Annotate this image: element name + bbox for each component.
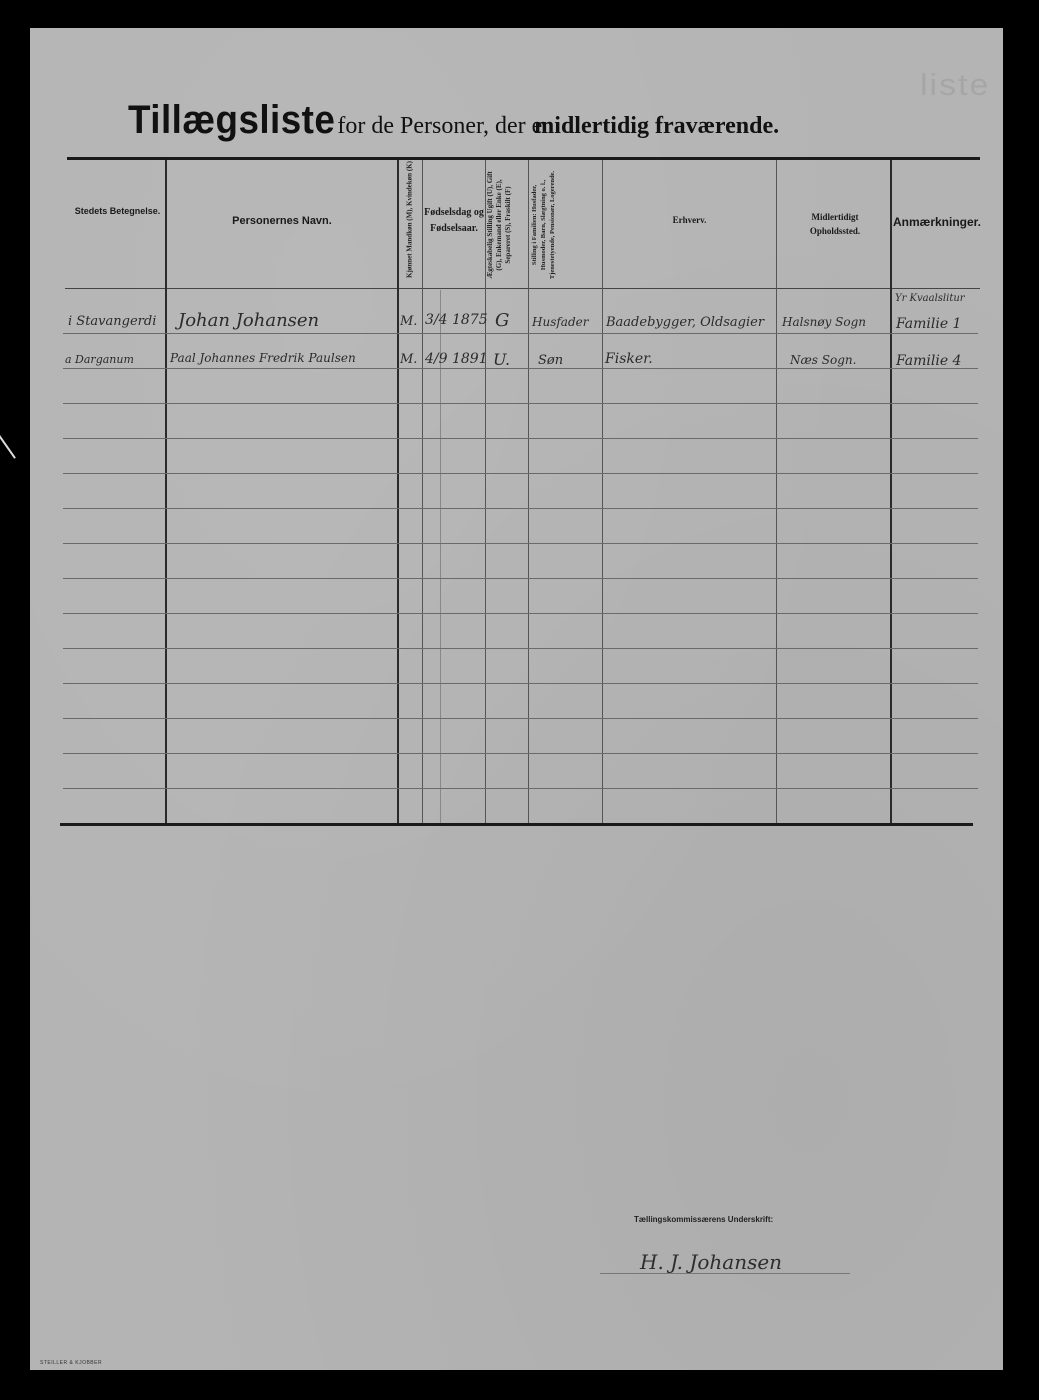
signature-line (600, 1273, 850, 1274)
header-kjonnet: Kjønnet Mandkøn (M), Kvindekøn (K) (406, 160, 415, 280)
cell-sted: i Stavangerdi (68, 314, 156, 329)
col-divider (397, 160, 399, 823)
signature: H. J. Johansen (640, 1250, 782, 1274)
cell-stilling: Husfader (532, 315, 588, 329)
cell-fodsel: 4/9 1891 (425, 351, 488, 367)
cell-erhverv: Baadebygger, Oldsagier (606, 315, 764, 330)
header-stilling: Stilling i Familien: Husfader, Husmoder,… (530, 170, 590, 280)
col-divider (890, 160, 892, 823)
cell-anm: Familie 1 (896, 316, 961, 332)
scan-artifact (0, 423, 16, 459)
cell-anm-note: Yr Kvaalslitur (895, 293, 965, 304)
cell-kjon: M. (400, 314, 417, 329)
col-divider (776, 160, 777, 823)
row-rule (63, 788, 978, 789)
title-subtitle-bold: midlertidig fraværende. (534, 113, 779, 139)
row-rule (63, 683, 978, 684)
cell-aegteskab: G (495, 310, 509, 331)
row-rule (63, 508, 978, 509)
cell-opholdssted: Næs Sogn. (790, 353, 856, 367)
row-rule (63, 438, 978, 439)
col-divider (422, 160, 423, 823)
header-navn: Personernes Navn. (167, 215, 397, 227)
row-rule (63, 578, 978, 579)
header-rule (65, 288, 980, 289)
col-divider (602, 160, 603, 823)
row-rule (63, 753, 978, 754)
cell-kjon: M. (400, 352, 417, 367)
cell-sted: a Darganum (65, 353, 134, 366)
col-divider (440, 290, 441, 823)
form-title: Tillægsliste for de Personer, der er mid… (128, 98, 779, 143)
row-rule (63, 718, 978, 719)
row-rule (63, 403, 978, 404)
top-rule (67, 157, 980, 160)
header-stedets: Stedets Betegnelse. (70, 205, 165, 218)
header-opholdssted: Midlertidigt Opholdssted. (790, 210, 880, 238)
cell-fodsel: 3/4 1875 (425, 312, 488, 328)
header-erhverv: Erhverv. (603, 215, 776, 225)
row-rule (63, 648, 978, 649)
row-rule (63, 613, 978, 614)
cell-anm: Familie 4 (896, 353, 961, 369)
signature-label: Tællingskommissærens Underskrift: (634, 1215, 773, 1224)
printer-mark: STEILLER & KJOBBER (40, 1360, 102, 1366)
col-divider (165, 160, 167, 823)
header-aegteskab: Ægteskabelig Stilling Ugift (U), Gift (G… (486, 165, 526, 285)
cell-navn: Paal Johannes Fredrik Paulsen (170, 351, 356, 365)
cell-erhverv: Fisker. (605, 351, 653, 367)
row-rule (63, 473, 978, 474)
bleed-through-text: liste (920, 68, 990, 103)
title-main: Tillægsliste (128, 98, 335, 143)
row-rule (63, 368, 978, 369)
cell-aegteskab: U. (493, 350, 510, 369)
cell-stilling: Søn (538, 353, 563, 368)
cell-opholdssted: Halsnøy Sogn (782, 315, 866, 329)
cell-navn: Johan Johansen (178, 310, 319, 331)
header-fodsel: Fødselsdag og Fødselsaar. (423, 205, 485, 237)
col-divider (528, 160, 529, 823)
header-anmaerkninger: Anmærkninger. (892, 215, 982, 229)
bottom-rule (60, 823, 973, 826)
title-subtitle: for de Personer, der er (337, 113, 550, 139)
row-rule (63, 333, 978, 334)
row-rule (63, 543, 978, 544)
